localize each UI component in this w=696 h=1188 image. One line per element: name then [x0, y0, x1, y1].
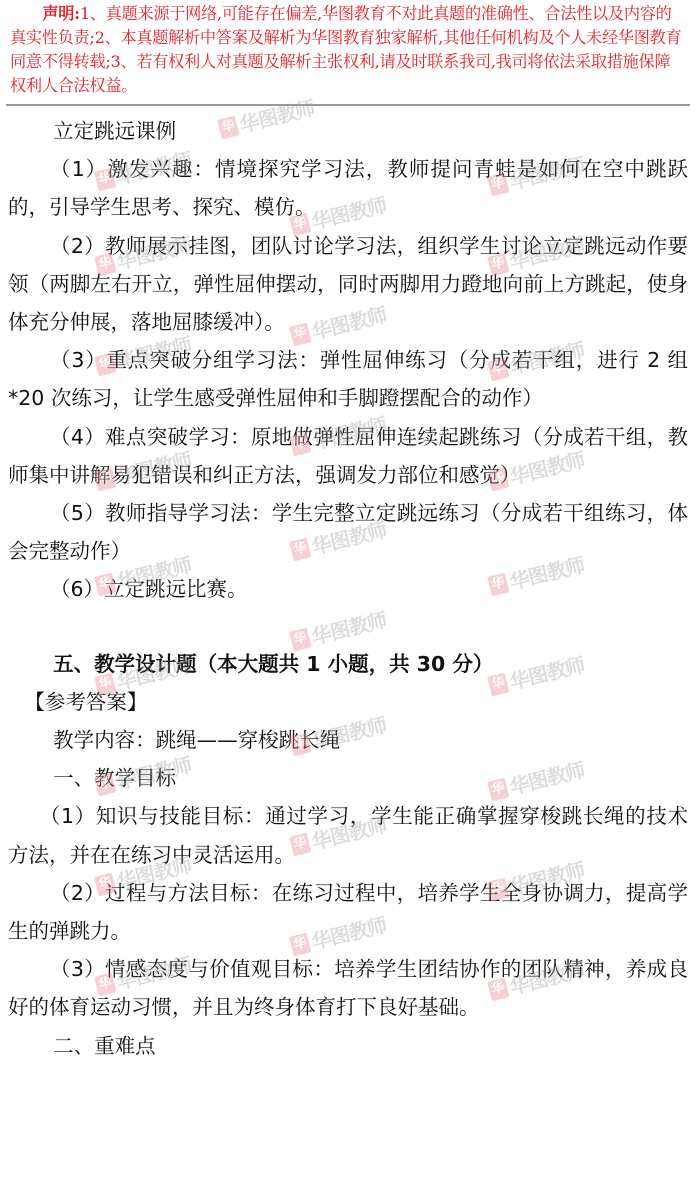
goals-heading: 一、教学目标 — [8, 759, 688, 797]
document-body: 立定跳远课例 （1）激发兴趣：情境探究学习法，教师提问青蛙是如何在空中跳跃的，引… — [8, 112, 688, 1065]
case-step-3: （3）重点突破分组学习法：弹性屈伸练习（分成若干组，进行 2 组*20 次练习，… — [8, 341, 688, 417]
notice-lead: 声明: — [42, 4, 79, 23]
case-step-4: （4）难点突破学习：原地做弹性屈伸连续起跳练习（分成若干组，教师集中讲解易犯错误… — [8, 418, 688, 494]
case-step-1: （1）激发兴趣：情境探究学习法，教师提问青蛙是如何在空中跳跃的，引导学生思考、探… — [8, 150, 688, 226]
goal-2: （2）过程与方法目标：在练习过程中，培养学生全身协调力，提高学生的弹跳力。 — [8, 874, 688, 950]
teaching-content: 教学内容：跳绳——穿梭跳长绳 — [8, 721, 688, 759]
case-title: 立定跳远课例 — [8, 112, 688, 150]
separator-line — [6, 104, 690, 106]
case-step-5: （5）教师指导学习法：学生完整立定跳远练习（分成若干组练习，体会完整动作） — [8, 494, 688, 570]
case-step-6: （6）立定跳远比赛。 — [8, 570, 688, 608]
spacer — [8, 609, 688, 645]
case-step-2: （2）教师展示挂图，团队讨论学习法，组织学生讨论立定跳远动作要领（两脚左右开立，… — [8, 227, 688, 342]
copyright-notice: 声明:1、真题来源于网络,可能存在偏差,华图教育不对此真题的准确性、合法性以及内… — [10, 2, 686, 98]
section-heading: 五、教学设计题（本大题共 1 小题，共 30 分） — [8, 645, 688, 683]
answer-label: 【参考答案】 — [8, 683, 688, 721]
key-points-heading: 二、重难点 — [8, 1027, 688, 1065]
notice-text: 1、真题来源于网络,可能存在偏差,华图教育不对此真题的准确性、合法性以及内容的真… — [10, 4, 681, 95]
goal-1: （1）知识与技能目标：通过学习，学生能正确掌握穿梭跳长绳的技术方法，并在在练习中… — [8, 797, 688, 873]
goal-3: （3）情感态度与价值观目标：培养学生团结协作的团队精神，养成良好的体育运动习惯，… — [8, 950, 688, 1026]
